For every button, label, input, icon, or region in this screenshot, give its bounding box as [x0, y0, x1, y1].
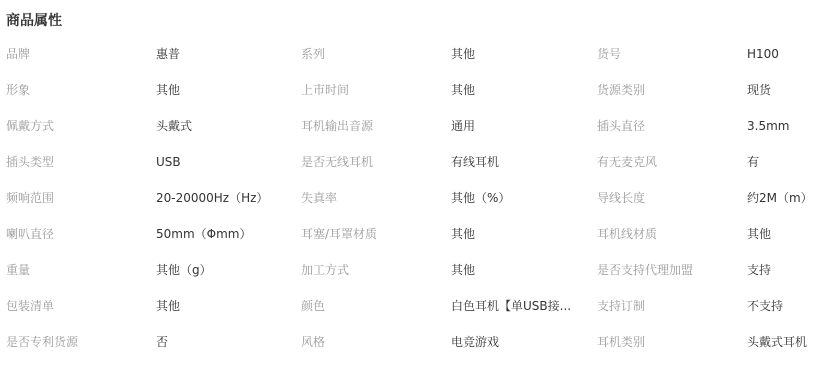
attribute-label: 喇叭直径 [6, 225, 146, 243]
attribute-value: 电竞游戏 [451, 333, 576, 351]
attribute-label: 耳塞/耳罩材质 [301, 225, 441, 243]
attribute-label: 重量 [6, 261, 146, 279]
attribute-value: 其他 [451, 81, 576, 99]
attribute-label: 货号 [597, 45, 737, 63]
attribute-row: 佩戴方式 头戴式 耳机输出音源 通用 插头直径 3.5mm [0, 108, 822, 144]
attribute-value-truncated[interactable]: 白色耳机【单USB接... [451, 297, 576, 315]
attribute-value: 其他 [156, 81, 296, 99]
attribute-label: 佩戴方式 [6, 117, 146, 135]
attribute-row: 是否专利货源 否 风格 电竞游戏 耳机类别 头戴式耳机 [0, 324, 822, 360]
product-attributes-panel: 商品属性 品牌 惠普 系列 其他 货号 H100 形象 其他 上市时间 其他 货… [0, 0, 822, 368]
attribute-row: 包装清单 其他 颜色 白色耳机【单USB接... 支持订制 不支持 [0, 288, 822, 324]
attribute-label: 有无麦克风 [597, 153, 737, 171]
attribute-value: 不支持 [747, 297, 822, 315]
attribute-label: 形象 [6, 81, 146, 99]
attribute-label: 品牌 [6, 45, 146, 63]
attribute-label: 插头类型 [6, 153, 146, 171]
attribute-value: 头戴式耳机 [747, 333, 822, 351]
attribute-value: 否 [156, 333, 296, 351]
attribute-row: 品牌 惠普 系列 其他 货号 H100 [0, 36, 822, 72]
attribute-value: 通用 [451, 117, 576, 135]
attribute-row: 喇叭直径 50mm（Φmm） 耳塞/耳罩材质 其他 耳机线材质 其他 [0, 216, 822, 252]
attribute-label: 颜色 [301, 297, 441, 315]
attribute-label: 上市时间 [301, 81, 441, 99]
attribute-value: 有 [747, 153, 822, 171]
attribute-value: 其他 [747, 225, 822, 243]
attribute-value: 其他 [451, 45, 576, 63]
attribute-value: 惠普 [156, 45, 296, 63]
attribute-row: 插头类型 USB 是否无线耳机 有线耳机 有无麦克风 有 [0, 144, 822, 180]
attribute-label: 导线长度 [597, 189, 737, 207]
attribute-value: 现货 [747, 81, 822, 99]
attribute-label: 频响范围 [6, 189, 146, 207]
attribute-value: H100 [747, 45, 822, 63]
attribute-label: 风格 [301, 333, 441, 351]
attribute-value: USB [156, 153, 296, 171]
attributes-grid: 品牌 惠普 系列 其他 货号 H100 形象 其他 上市时间 其他 货源类别 现… [0, 36, 822, 360]
attribute-row: 重量 其他（g） 加工方式 其他 是否支持代理加盟 支持 [0, 252, 822, 288]
attribute-label: 耳机类别 [597, 333, 737, 351]
attribute-label: 加工方式 [301, 261, 441, 279]
attribute-label: 耳机线材质 [597, 225, 737, 243]
section-title: 商品属性 [6, 10, 62, 30]
attribute-label: 耳机输出音源 [301, 117, 441, 135]
attribute-label: 支持订制 [597, 297, 737, 315]
attribute-label: 是否无线耳机 [301, 153, 441, 171]
attribute-value: 其他 [451, 225, 576, 243]
attribute-value: 其他（%） [451, 189, 576, 207]
attribute-row: 频响范围 20-20000Hz（Hz） 失真率 其他（%） 导线长度 约2M（m… [0, 180, 822, 216]
attribute-value: 3.5mm [747, 117, 822, 135]
attribute-value: 头戴式 [156, 117, 296, 135]
attribute-value: 20-20000Hz（Hz） [156, 189, 296, 207]
attribute-label: 是否支持代理加盟 [597, 261, 737, 279]
attribute-label: 货源类别 [597, 81, 737, 99]
attribute-value: 有线耳机 [451, 153, 576, 171]
attribute-value: 其他 [156, 297, 296, 315]
attribute-label: 包装清单 [6, 297, 146, 315]
attribute-value: 支持 [747, 261, 822, 279]
attribute-label: 插头直径 [597, 117, 737, 135]
attribute-value: 50mm（Φmm） [156, 225, 296, 243]
attribute-row: 形象 其他 上市时间 其他 货源类别 现货 [0, 72, 822, 108]
attribute-label: 失真率 [301, 189, 441, 207]
attribute-value: 约2M（m） [747, 189, 822, 207]
attribute-value: 其他 [451, 261, 576, 279]
attribute-label: 系列 [301, 45, 441, 63]
attribute-value: 其他（g） [156, 261, 296, 279]
attribute-label: 是否专利货源 [6, 333, 146, 351]
